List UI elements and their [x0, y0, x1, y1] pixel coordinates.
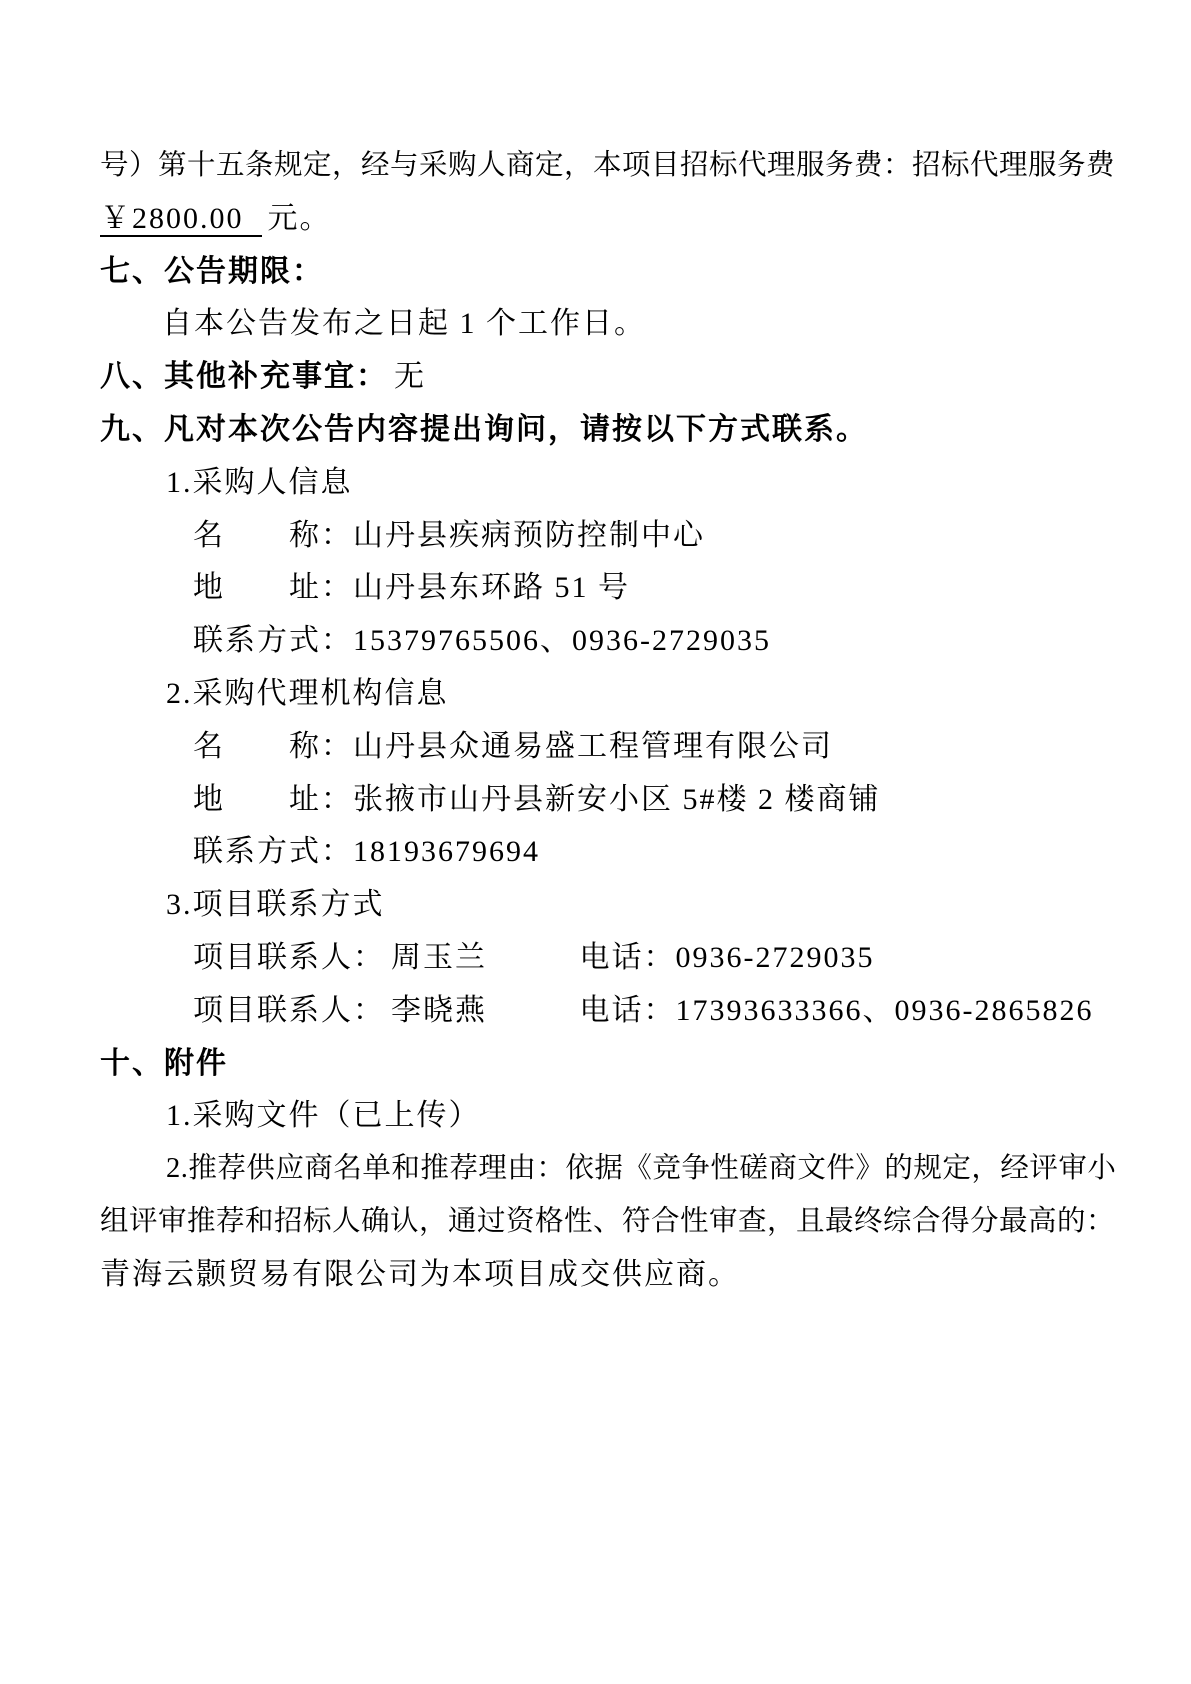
purchaser-name: 山丹县疾病预防控制中心 [353, 519, 705, 552]
intro-line: 号）第十五条规定，经与采购人商定，本项目招标代理服务费：招标代理服务费 [100, 140, 1100, 193]
project-contact-person-2: 项目联系人：李晓燕 [193, 985, 570, 1038]
project-contact-phone-label-1: 电话： [580, 941, 676, 974]
purchaser-title: 1.采购人信息 [100, 457, 1100, 510]
document-content: 号）第十五条规定，经与采购人商定，本项目招标代理服务费：招标代理服务费 ￥280… [100, 140, 1100, 1302]
purchaser-contact: 15379765506、0936-2729035 [353, 624, 771, 657]
section-9-heading: 九、凡对本次公告内容提出询问，请按以下方式联系。 [100, 404, 1100, 457]
section-8-heading: 八、其他补充事宜： [100, 360, 388, 393]
project-contact-person-name-2: 李晓燕 [391, 994, 487, 1027]
project-contact-phone-2: 电话：17393633366、0936-2865826 [570, 994, 1094, 1027]
project-contact-person-1: 项目联系人：周玉兰 [193, 932, 570, 985]
project-contact-title: 3.项目联系方式 [100, 879, 1100, 932]
agency-title: 2.采购代理机构信息 [100, 668, 1100, 721]
purchaser-address-row: 地 址：山丹县东环路 51 号 [100, 562, 1100, 615]
purchaser-address: 山丹县东环路 51 号 [353, 571, 630, 604]
agency-name-label: 名 称： [193, 730, 353, 763]
agency-name: 山丹县众通易盛工程管理有限公司 [353, 730, 833, 763]
agency-contact: 18193679694 [353, 835, 540, 868]
purchaser-name-label: 名 称： [193, 519, 353, 552]
agency-address: 张掖市山丹县新安小区 5#楼 2 楼商铺 [353, 783, 881, 816]
project-contact-phone-label-2: 电话： [580, 994, 676, 1027]
section-10-heading: 十、附件 [100, 1038, 1100, 1091]
agency-contact-label: 联系方式： [193, 835, 353, 868]
section-8-line: 八、其他补充事宜：无 [100, 351, 1100, 404]
attachment-item-2-line-3: 青海云颢贸易有限公司为本项目成交供应商。 [100, 1249, 1100, 1302]
attachment-item-2-line-1: 2.推荐供应商名单和推荐理由：依据《竞争性磋商文件》的规定，经评审小 [100, 1143, 1100, 1196]
purchaser-contact-row: 联系方式：15379765506、0936-2729035 [100, 615, 1100, 668]
purchaser-contact-label: 联系方式： [193, 624, 353, 657]
project-contact-row-1: 项目联系人：周玉兰 电话：0936-2729035 [100, 932, 1100, 985]
section-8-value: 无 [394, 360, 426, 393]
attachment-item-2-line-2: 组评审推荐和招标人确认，通过资格性、符合性审查，且最终综合得分最高的： [100, 1196, 1100, 1249]
project-contact-person-label-1: 项目联系人： [193, 941, 385, 974]
fee-suffix: 元。 [268, 202, 332, 235]
section-7-body: 自本公告发布之日起 1 个工作日。 [100, 298, 1100, 351]
agency-name-row: 名 称：山丹县众通易盛工程管理有限公司 [100, 721, 1100, 774]
project-contact-phone-number-1: 0936-2729035 [676, 941, 875, 974]
project-contact-phone-1: 电话：0936-2729035 [570, 941, 875, 974]
agency-address-label: 地 址： [193, 783, 353, 816]
fee-amount-underlined: ￥2800.00 [100, 202, 262, 237]
purchaser-address-label: 地 址： [193, 571, 353, 604]
project-contact-person-label-2: 项目联系人： [193, 994, 385, 1027]
agency-contact-row: 联系方式：18193679694 [100, 826, 1100, 879]
attachment-item-1: 1.采购文件（已上传） [100, 1090, 1100, 1143]
fee-line: ￥2800.00元。 [100, 193, 1100, 246]
project-contact-row-2: 项目联系人：李晓燕 电话：17393633366、0936-2865826 [100, 985, 1100, 1038]
project-contact-phone-number-2: 17393633366、0936-2865826 [676, 994, 1094, 1027]
section-7-heading: 七、公告期限： [100, 246, 1100, 299]
document-page: 号）第十五条规定，经与采购人商定，本项目招标代理服务费：招标代理服务费 ￥280… [0, 0, 1191, 1684]
project-contact-person-name-1: 周玉兰 [391, 941, 487, 974]
agency-address-row: 地 址：张掖市山丹县新安小区 5#楼 2 楼商铺 [100, 774, 1100, 827]
purchaser-name-row: 名 称：山丹县疾病预防控制中心 [100, 510, 1100, 563]
